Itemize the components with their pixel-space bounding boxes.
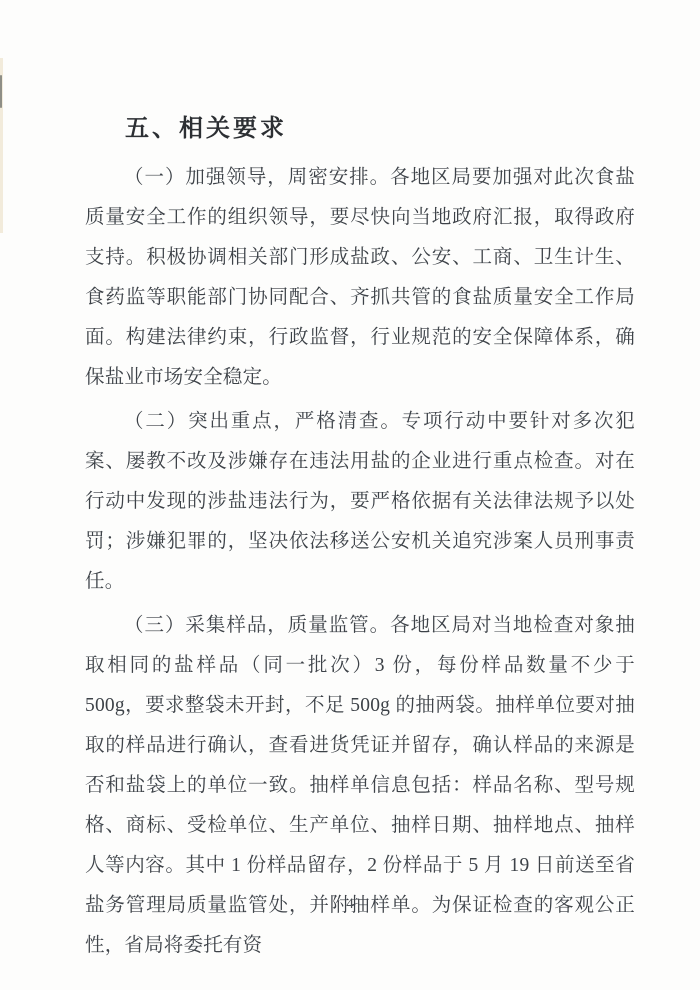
document-page: 五、相关要求 （一）加强领导，周密安排。各地区局要加强对此次食盐质量安全工作的组…	[0, 0, 700, 990]
paragraph-2: （二）突出重点，严格清查。专项行动中要针对多次犯案、屡教不改及涉嫌存在违法用盐的…	[85, 402, 635, 602]
scan-edge-artifact-dark	[0, 75, 2, 108]
document-body: 五、相关要求 （一）加强领导，周密安排。各地区局要加强对此次食盐质量安全工作的组…	[85, 108, 635, 966]
page-number: 4	[0, 894, 700, 914]
paragraph-1: （一）加强领导，周密安排。各地区局要加强对此次食盐质量安全工作的组织领导，要尽快…	[85, 158, 635, 398]
section-heading: 五、相关要求	[85, 108, 635, 148]
